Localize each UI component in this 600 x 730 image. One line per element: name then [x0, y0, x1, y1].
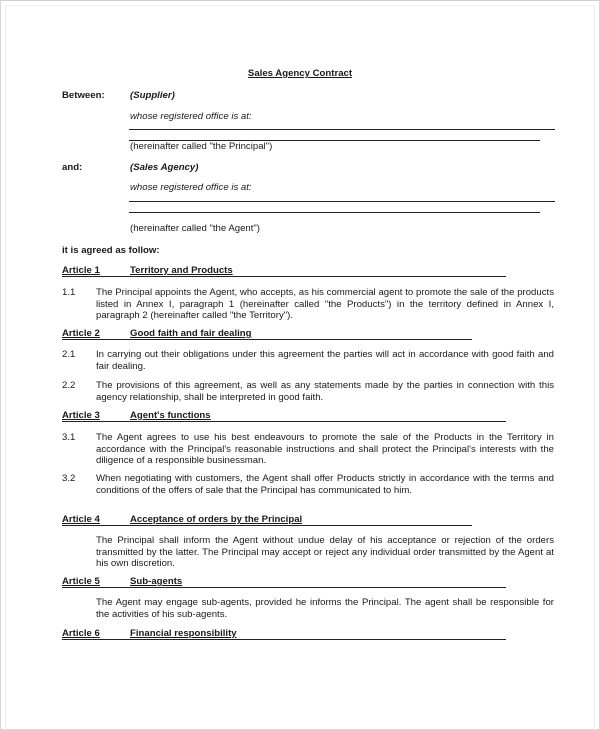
article-5-rule [62, 587, 506, 588]
article-number: Article 1 [62, 265, 100, 277]
article-number: Article 5 [62, 576, 100, 588]
agent-called: (hereinafter called "the Agent") [130, 223, 260, 235]
article-title: Agent's functions [130, 410, 211, 422]
supplier-label: (Supplier) [130, 90, 175, 102]
article-3-rule [62, 421, 506, 422]
clause-number: 3.2 [62, 473, 75, 485]
article-6-rule [62, 639, 506, 640]
article-number: Article 2 [62, 328, 100, 340]
clause-text: The Principal shall inform the Agent wit… [96, 535, 554, 570]
article-number: Article 3 [62, 410, 100, 422]
clause-number: 2.2 [62, 380, 75, 392]
supplier-office-label: whose registered office is at: [130, 111, 252, 123]
supplier-address-line-1[interactable] [129, 129, 555, 130]
clause-text: The Agent may engage sub-agents, provide… [96, 597, 554, 620]
between-label: Between: [62, 90, 105, 102]
document-title: Sales Agency Contract [0, 68, 600, 80]
clause-number: 2.1 [62, 349, 75, 361]
clause-number: 1.1 [62, 287, 75, 299]
article-4-rule [62, 525, 472, 526]
agency-address-line-2[interactable] [129, 212, 540, 213]
agency-address-line-1[interactable] [129, 201, 555, 202]
article-title: Territory and Products [130, 265, 233, 277]
document-page: Sales Agency Contract Between: (Supplier… [0, 0, 600, 730]
article-title: Financial responsibility [130, 628, 237, 640]
article-title: Sub-agents [130, 576, 182, 588]
principal-called: (hereinafter called "the Principal") [130, 141, 272, 153]
article-2-rule [62, 339, 472, 340]
agreed-statement: it is agreed as follow: [62, 245, 160, 257]
and-label: and: [62, 162, 82, 174]
clause-text: In carrying out their obligations under … [96, 349, 554, 372]
article-1-rule [62, 276, 506, 277]
clause-text: The Principal appoints the Agent, who ac… [96, 287, 554, 322]
clause-text: The Agent agrees to use his best endeavo… [96, 432, 554, 467]
article-title: Acceptance of orders by the Principal [130, 514, 302, 526]
clause-text: The provisions of this agreement, as wel… [96, 380, 554, 403]
clause-number: 3.1 [62, 432, 75, 444]
article-number: Article 4 [62, 514, 100, 526]
clause-text: When negotiating with customers, the Age… [96, 473, 554, 496]
agency-label: (Sales Agency) [130, 162, 198, 174]
article-title: Good faith and fair dealing [130, 328, 252, 340]
article-number: Article 6 [62, 628, 100, 640]
agency-office-label: whose registered office is at: [130, 182, 252, 194]
